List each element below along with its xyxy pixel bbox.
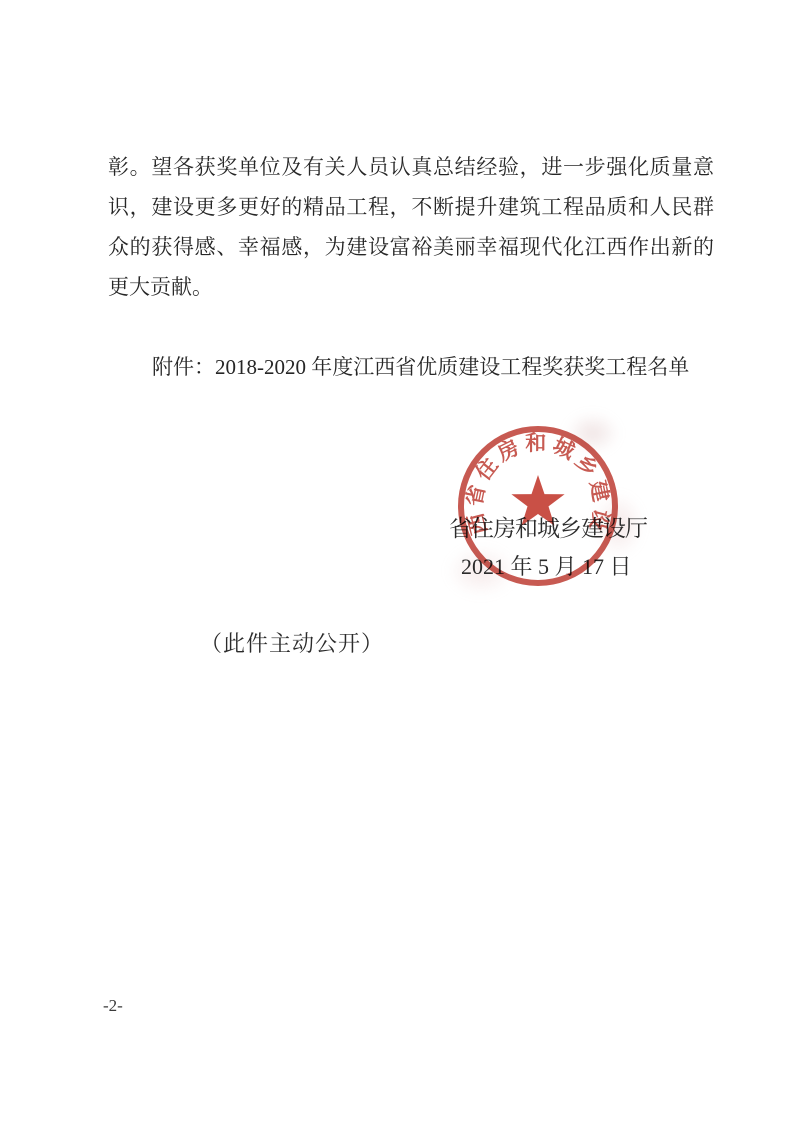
body-paragraph: 彰。望各获奖单位及有关人员认真总结经验，进一步强化质量意 识，建设更多更好的精品… [108,147,714,307]
page-number: -2- [103,996,123,1016]
attachment-line: 附件：2018-2020 年度江西省优质建设工程奖获奖工程名单 [108,347,748,387]
body-line-3: 众的获得感、幸福感，为建设富裕美丽幸福现代化江西作出新的 [108,227,714,267]
official-seal: 江西省住房和城乡建设厅 [443,411,633,601]
body-line-1: 彰。望各获奖单位及有关人员认真总结经验，进一步强化质量意 [108,147,714,187]
star-icon [511,475,564,526]
body-line-4: 更大贡献。 [108,267,714,307]
disclosure-note: （此件主动公开） [200,630,384,658]
document-page: 彰。望各获奖单位及有关人员认真总结经验，进一步强化质量意 识，建设更多更好的精品… [0,0,800,1131]
body-line-2: 识，建设更多更好的精品工程，不断提升建筑工程品质和人民群 [108,187,714,227]
